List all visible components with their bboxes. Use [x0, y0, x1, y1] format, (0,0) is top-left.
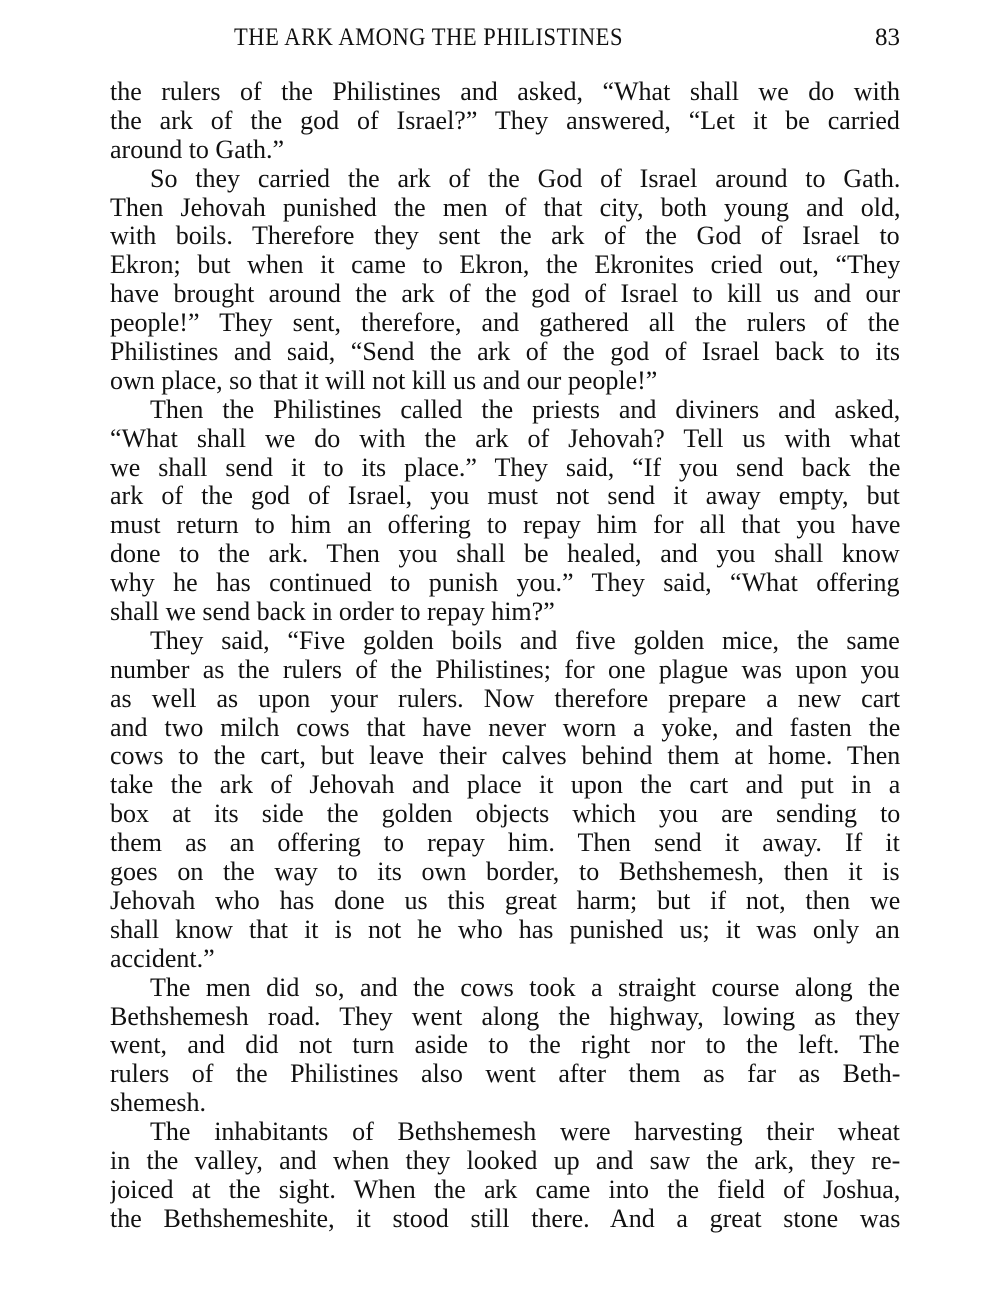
text-line: The men did so, and the cows took a stra… [110, 974, 900, 1003]
text-line: why he has continued to punish you.” The… [110, 569, 900, 598]
text-line-content: box at its side the golden objects which… [110, 800, 900, 829]
text-line: So they carried the ark of the God of Is… [110, 165, 900, 194]
text-line: The inhabitants of Bethshemesh were harv… [110, 1118, 900, 1147]
text-line: Then Jehovah punished the men of that ci… [110, 194, 900, 223]
text-line-content: Then Jehovah punished the men of that ci… [110, 194, 900, 223]
text-line: done to the ark. Then you shall be heale… [110, 540, 900, 569]
text-line: them as an offering to repay him. Then s… [110, 829, 900, 858]
text-line: the ark of the god of Israel?” They answ… [110, 107, 900, 136]
text-line: as well as upon your rulers. Now therefo… [110, 685, 900, 714]
text-line: number as the rulers of the Philistines;… [110, 656, 900, 685]
text-line-content: we shall send it to its place.” They sai… [110, 454, 900, 483]
text-line-content: take the ark of Jehovah and place it upo… [110, 771, 900, 800]
text-line: They said, “Five golden boils and five g… [110, 627, 900, 656]
text-line: in the valley, and when they looked up a… [110, 1147, 900, 1176]
text-line-content: done to the ark. Then you shall be heale… [110, 540, 900, 569]
text-line: went, and did not turn aside to the righ… [110, 1031, 900, 1060]
text-line: Ekron; but when it came to Ekron, the Ek… [110, 251, 900, 280]
text-line-content: goes on the way to its own border, to Be… [110, 858, 900, 887]
text-line: Philistines and said, “Send the ark of t… [110, 338, 900, 367]
text-line-content: the rulers of the Philistines and asked,… [110, 78, 900, 107]
text-line: cows to the cart, but leave their calves… [110, 742, 900, 771]
text-line: have brought around the ark of the god o… [110, 280, 900, 309]
text-line-content: shall we send back in order to repay him… [110, 598, 555, 627]
text-line: and two milch cows that have never worn … [110, 714, 900, 743]
text-line: Bethshemesh road. They went along the hi… [110, 1003, 900, 1032]
running-title: THE ARK AMONG THE PHILISTINES [234, 24, 623, 52]
body-text: the rulers of the Philistines and asked,… [110, 78, 900, 1234]
text-line-content: rulers of the Philistines also went afte… [110, 1060, 900, 1089]
text-line: own place, so that it will not kill us a… [110, 367, 900, 396]
text-line-content: joiced at the sight. When the ark came i… [110, 1176, 900, 1205]
text-line-content: own place, so that it will not kill us a… [110, 367, 657, 396]
text-line: shemesh. [110, 1089, 900, 1118]
text-line-content: people!” They sent, therefore, and gathe… [110, 309, 900, 338]
text-line: the rulers of the Philistines and asked,… [110, 78, 900, 107]
text-line: accident.” [110, 945, 900, 974]
text-line: box at its side the golden objects which… [110, 800, 900, 829]
text-line: ark of the god of Israel, you must not s… [110, 482, 900, 511]
text-line-content: “What shall we do with the ark of Jehova… [110, 425, 900, 454]
text-line: rulers of the Philistines also went afte… [110, 1060, 900, 1089]
page-header: THE ARK AMONG THE PHILISTINES 83 [110, 24, 900, 60]
text-line: Jehovah who has done us this great harm;… [110, 887, 900, 916]
text-line-content: Then the Philistines called the priests … [150, 396, 900, 425]
text-line-content: went, and did not turn aside to the righ… [110, 1031, 900, 1060]
text-line-content: with boils. Therefore they sent the ark … [110, 222, 900, 251]
text-line: must return to him an offering to repay … [110, 511, 900, 540]
text-line-content: Philistines and said, “Send the ark of t… [110, 338, 900, 367]
text-line: Then the Philistines called the priests … [110, 396, 900, 425]
text-line-content: shemesh. [110, 1089, 206, 1118]
text-line-content: shall know that it is not he who has pun… [110, 916, 900, 945]
text-line-content: must return to him an offering to repay … [110, 511, 900, 540]
text-line: shall know that it is not he who has pun… [110, 916, 900, 945]
text-line: with boils. Therefore they sent the ark … [110, 222, 900, 251]
text-line-content: Jehovah who has done us this great harm;… [110, 887, 900, 916]
text-line: shall we send back in order to repay him… [110, 598, 900, 627]
text-line: the Bethshemeshite, it stood still there… [110, 1205, 900, 1234]
text-line-content: have brought around the ark of the god o… [110, 280, 900, 309]
text-line: take the ark of Jehovah and place it upo… [110, 771, 900, 800]
text-line-content: number as the rulers of the Philistines;… [110, 656, 900, 685]
text-line-content: accident.” [110, 945, 215, 974]
text-line-content: The inhabitants of Bethshemesh were harv… [150, 1118, 900, 1147]
text-line-content: why he has continued to punish you.” The… [110, 569, 900, 598]
text-line-content: in the valley, and when they looked up a… [110, 1147, 900, 1176]
text-line-content: The men did so, and the cows took a stra… [150, 974, 900, 1003]
text-line-content: So they carried the ark of the God of Is… [150, 165, 900, 194]
text-line-content: around to Gath.” [110, 136, 284, 165]
text-line-content: and two milch cows that have never worn … [110, 714, 900, 743]
text-line-content: Ekron; but when it came to Ekron, the Ek… [110, 251, 900, 280]
text-line-content: cows to the cart, but leave their calves… [110, 742, 900, 771]
text-line-content: as well as upon your rulers. Now therefo… [110, 685, 900, 714]
text-line: “What shall we do with the ark of Jehova… [110, 425, 900, 454]
text-line: we shall send it to its place.” They sai… [110, 454, 900, 483]
text-line-content: They said, “Five golden boils and five g… [150, 627, 900, 656]
page-number: 83 [875, 24, 900, 52]
text-line-content: the Bethshemeshite, it stood still there… [110, 1205, 900, 1234]
text-line: goes on the way to its own border, to Be… [110, 858, 900, 887]
text-line: people!” They sent, therefore, and gathe… [110, 309, 900, 338]
text-line: around to Gath.” [110, 136, 900, 165]
text-line: joiced at the sight. When the ark came i… [110, 1176, 900, 1205]
text-line-content: ark of the god of Israel, you must not s… [110, 482, 900, 511]
text-line-content: them as an offering to repay him. Then s… [110, 829, 900, 858]
text-line-content: Bethshemesh road. They went along the hi… [110, 1003, 900, 1032]
text-line-content: the ark of the god of Israel?” They answ… [110, 107, 900, 136]
